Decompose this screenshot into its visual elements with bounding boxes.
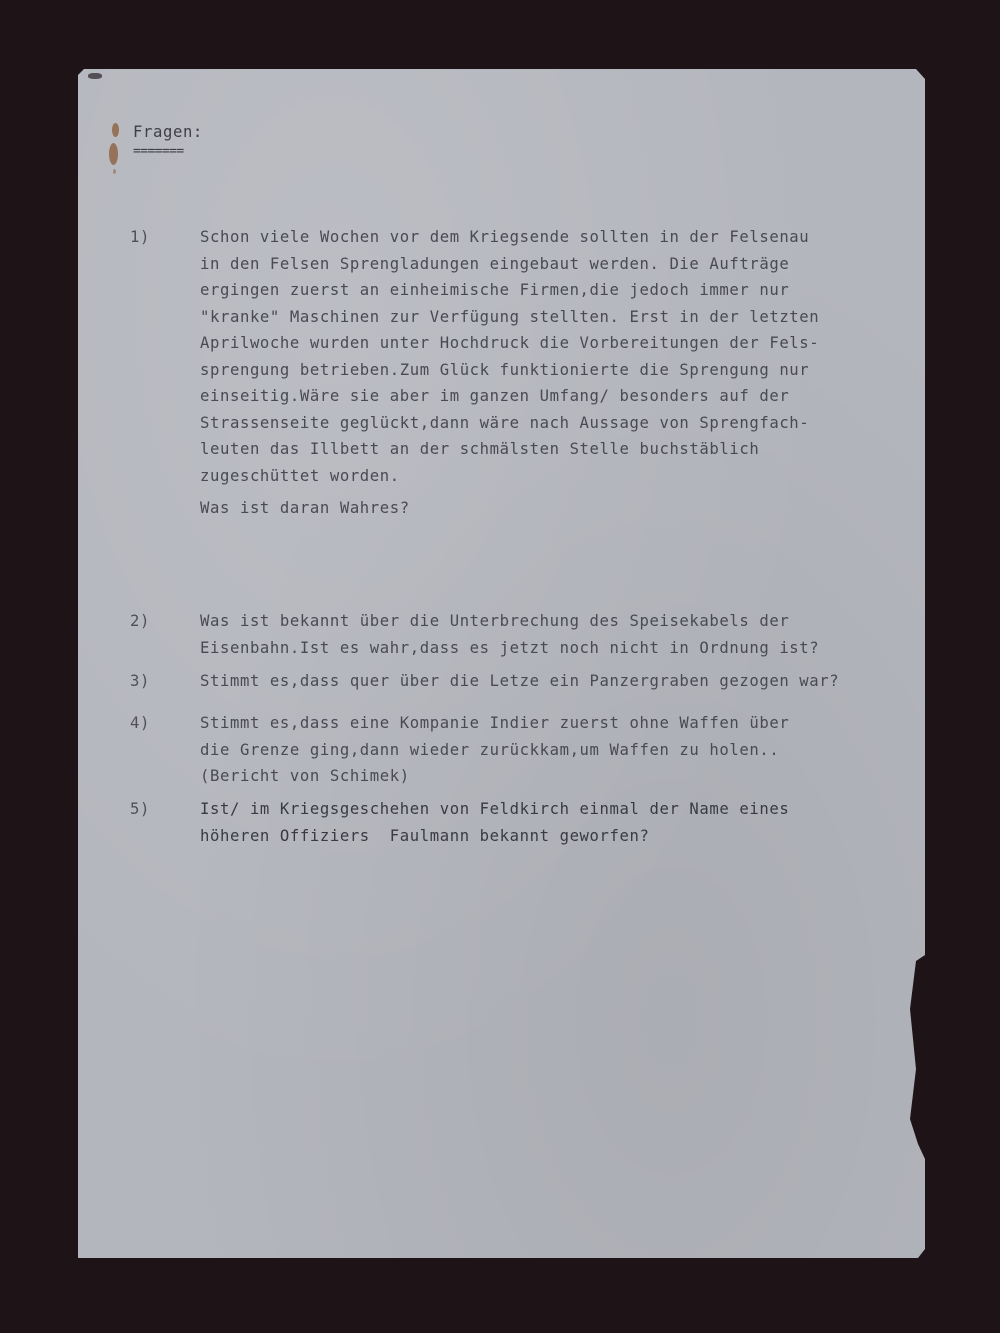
question-number: 5) bbox=[130, 796, 150, 823]
rust-stain bbox=[112, 123, 119, 137]
rust-stain bbox=[113, 169, 116, 174]
question-1-text: Schon viele Wochen vor dem Kriegsende so… bbox=[200, 224, 819, 489]
question-number: 4) bbox=[130, 710, 150, 737]
question-4-text: Stimmt es,dass eine Kompanie Indier zuer… bbox=[200, 710, 789, 790]
question-number: 3) bbox=[130, 668, 150, 695]
question-2-text: Was ist bekannt über die Unterbrechung d… bbox=[200, 608, 819, 661]
question-number: 2) bbox=[130, 608, 150, 635]
rust-stain bbox=[109, 143, 118, 165]
question-1-followup: Was ist daran Wahres? bbox=[200, 495, 410, 522]
question-number: 1) bbox=[130, 224, 150, 251]
ink-blot bbox=[88, 73, 102, 79]
heading-underline: ======= bbox=[133, 139, 184, 166]
document-page: Fragen: ======= 1) Schon viele Wochen vo… bbox=[78, 69, 925, 1258]
question-5-text: Ist/ im Kriegsgeschehen von Feldkirch ei… bbox=[200, 796, 789, 849]
question-3-text: Stimmt es,dass quer über die Letze ein P… bbox=[200, 668, 839, 695]
